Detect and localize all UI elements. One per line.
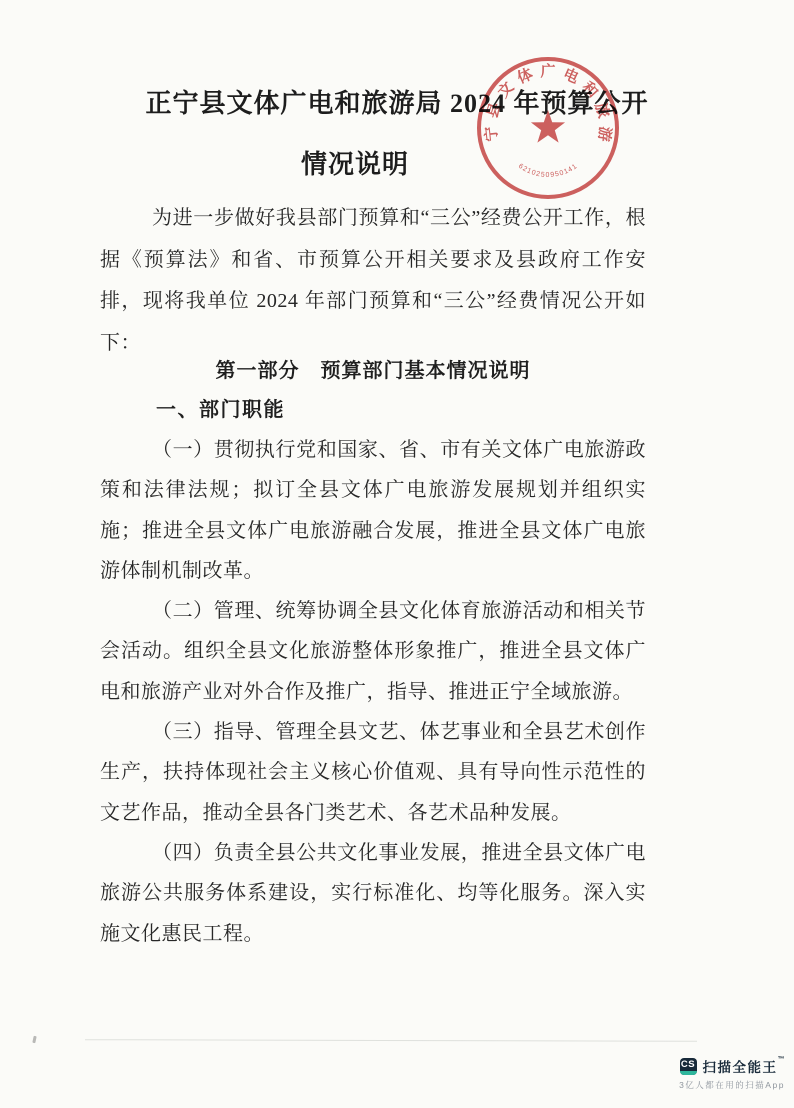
intro-paragraph: 为进一步做好我县部门预算和“三公”经费公开工作，根据《预算法》和省、市预算公开相… bbox=[100, 198, 646, 364]
section-heading: 第一部分 预算部门基本情况说明 bbox=[100, 356, 646, 386]
list-item: （四）负责全县公共文化事业发展，推进全县文体广电旅游公共服务体系建设，实行标准化… bbox=[100, 833, 646, 954]
document-title-line2: 情况说明 bbox=[55, 134, 655, 195]
list-item: （二）管理、统筹协调全县文化体育旅游活动和相关节会活动。组织全县文化旅游整体形象… bbox=[100, 591, 646, 712]
camscanner-logo-row: CS 扫描全能王™ bbox=[680, 1056, 785, 1076]
document-title: 正宁县文体广电和旅游局 2024 年预算公开 情况说明 bbox=[97, 73, 697, 195]
trademark-symbol: ™ bbox=[778, 1056, 785, 1063]
list-item: （一）贯彻执行党和国家、省、市有关文体广电旅游政策和法律法规；拟订全县文体广电旅… bbox=[100, 430, 646, 591]
scan-artifact-line bbox=[85, 1039, 697, 1042]
list-item: （三）指导、管理全县文艺、体艺事业和全县艺术创作生产，扶持体现社会主义核心价值观… bbox=[100, 712, 646, 833]
scan-artifact-speck bbox=[32, 1036, 36, 1043]
camscanner-brand-text: 扫描全能王 bbox=[703, 1060, 778, 1075]
camscanner-watermark: CS 扫描全能王™ 3亿人都在用的扫描App bbox=[680, 1056, 784, 1091]
camscanner-badge-label: CS bbox=[680, 1058, 697, 1072]
camscanner-tagline: 3亿人都在用的扫描App bbox=[679, 1079, 785, 1091]
duty-list: （一）贯彻执行党和国家、省、市有关文体广电旅游政策和法律法规；拟订全县文体广电旅… bbox=[100, 430, 646, 954]
document-title-line1: 正宁县文体广电和旅游局 2024 年预算公开 bbox=[97, 73, 697, 134]
scanned-document-page: 正宁县文体广电和旅游局 2024 年预算公开 情况说明 正宁县文体广电和旅游局 … bbox=[0, 0, 794, 1108]
camscanner-brand-name: 扫描全能王™ bbox=[703, 1056, 785, 1076]
camscanner-badge-icon: CS bbox=[680, 1058, 697, 1075]
subsection-heading: 一、部门职能 bbox=[100, 395, 646, 425]
